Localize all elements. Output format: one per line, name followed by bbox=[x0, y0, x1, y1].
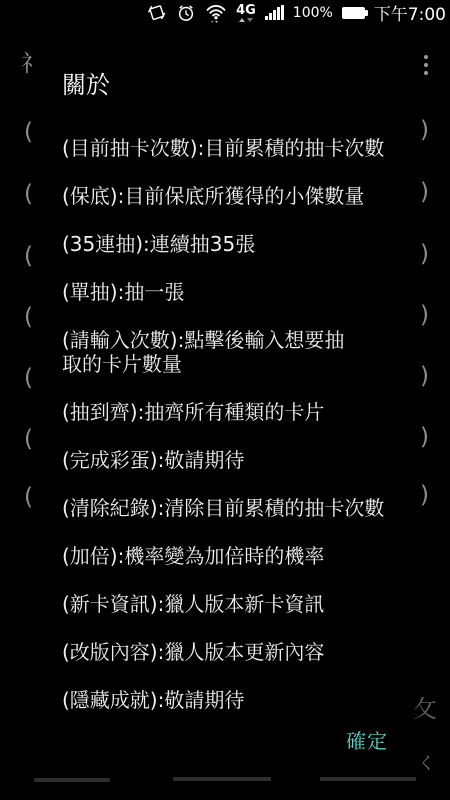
dialog-item: (單抽):抽一張 bbox=[62, 280, 388, 304]
signal-bars-icon bbox=[265, 5, 284, 20]
dialog-title: 關於 bbox=[62, 70, 388, 100]
kebab-menu-icon[interactable] bbox=[424, 55, 428, 75]
dialog-item: (完成彩蛋):敬請期待 bbox=[62, 448, 388, 472]
background-paren-left-glyph: ( bbox=[24, 183, 33, 206]
background-paren-left-glyph: ( bbox=[24, 428, 33, 451]
dialog-item: (隱藏成就):敬請期待 bbox=[62, 688, 388, 712]
background-clipped-text bbox=[173, 777, 271, 781]
dialog-item: (保底):目前保底所獲得的小傑數量 bbox=[62, 184, 388, 208]
dialog-item: (加倍):機率變為加倍時的機率 bbox=[62, 544, 388, 568]
alarm-clock-icon bbox=[176, 3, 196, 23]
status-bar: 4G 100% 下午7:00 bbox=[0, 0, 450, 25]
background-partial-character-glyph: 攵 bbox=[413, 697, 437, 721]
dialog-message-list: (目前抽卡次數):目前累積的抽卡次數 (保底):目前保底所獲得的小傑數量 (35… bbox=[62, 136, 388, 712]
background-paren-left-glyph: ( bbox=[24, 245, 33, 268]
wifi-icon bbox=[205, 2, 227, 24]
background-paren-left-glyph: ( bbox=[24, 306, 33, 329]
network-traffic-arrows-icon bbox=[239, 18, 253, 22]
background-partial-character-glyph: く bbox=[418, 756, 435, 773]
confirm-button[interactable]: 確定 bbox=[346, 725, 388, 754]
dialog-item: (請輸入次數):點擊後輸入想要抽 取的卡片數量 bbox=[62, 328, 388, 376]
background-paren-right-glyph: ) bbox=[420, 426, 429, 449]
dialog-item: (目前抽卡次數):目前累積的抽卡次數 bbox=[62, 136, 388, 160]
dialog-item: (35連抽):連續抽35張 bbox=[62, 232, 388, 256]
about-dialog: 關於 (目前抽卡次數):目前累積的抽卡次數 (保底):目前保底所獲得的小傑數量 … bbox=[38, 48, 412, 768]
background-paren-right-glyph: ) bbox=[420, 365, 429, 388]
dialog-item: (新卡資訊):獵人版本新卡資訊 bbox=[62, 592, 388, 616]
dialog-item: (清除紀錄):清除目前累積的抽卡次數 bbox=[62, 496, 388, 520]
background-paren-right-glyph: ) bbox=[420, 243, 429, 266]
battery-percent: 100% bbox=[293, 5, 333, 21]
dialog-item: (改版內容):獵人版本更新內容 bbox=[62, 640, 388, 664]
background-clipped-text bbox=[34, 778, 110, 782]
background-paren-right-glyph: ) bbox=[420, 119, 429, 142]
battery-icon bbox=[342, 7, 365, 19]
clock-time: 下午7:00 bbox=[374, 0, 446, 25]
network-type-label: 4G bbox=[236, 4, 256, 17]
background-paren-right-glyph: ) bbox=[420, 484, 429, 507]
frame-icon bbox=[146, 2, 167, 23]
background-clipped-text bbox=[320, 777, 416, 781]
dialog-item: (抽到齊):抽齊所有種類的卡片 bbox=[62, 400, 388, 424]
background-paren-left-glyph: ( bbox=[24, 367, 33, 390]
background-paren-right-glyph: ) bbox=[420, 304, 429, 327]
background-paren-right-glyph: ) bbox=[420, 181, 429, 204]
background-paren-left-glyph: ( bbox=[24, 121, 33, 144]
background-paren-left-glyph: ( bbox=[24, 486, 33, 509]
network-type-indicator: 4G bbox=[236, 4, 256, 22]
